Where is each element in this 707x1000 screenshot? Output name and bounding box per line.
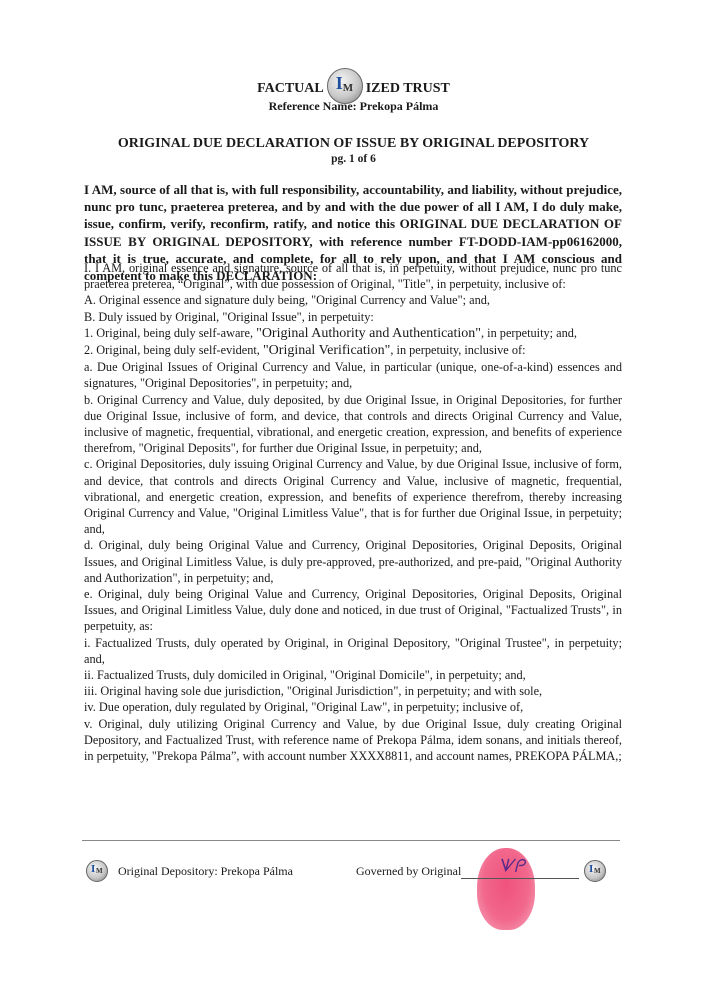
item-a: A. Original essence and signature duly b… [84,292,622,308]
trust-name: FACTUAL IZED TRUST [0,68,707,98]
sub-item-a: a. Due Original Issues of Original Curre… [84,359,622,391]
item-2-prefix: 2. Original, being duly self-evident, [84,343,263,357]
document-title: ORIGINAL DUE DECLARATION OF ISSUE BY ORI… [0,136,707,152]
item-1-emph: "Original Authority and Authentication" [256,326,481,341]
trust-name-left: FACTUAL [257,80,324,98]
sub-item-c: c. Original Depositories, duly issuing O… [84,456,622,537]
item-b: B. Duly issued by Original, "Original Is… [84,309,622,325]
item-2-emph: "Original Verification" [263,343,390,358]
footer-right [584,860,606,886]
section-i: I. I AM, original essence and signature,… [84,260,622,292]
roman-item-iv: iv. Due operation, duly regulated by Ori… [84,699,622,715]
item-1-suffix: , in perpetuity; and, [481,326,577,340]
document-footer: Original Depository: Prekopa Pálma Gover… [86,860,606,884]
governed-label: Governed by Original [356,864,461,879]
iam-seal-icon [327,68,363,104]
roman-item-i: i. Factualized Trusts, duly operated by … [84,635,622,667]
declaration-body: I. I AM, original essence and signature,… [84,260,622,764]
footer-signature: Governed by Original [356,864,579,879]
sub-item-d: d. Original, duly being Original Value a… [84,537,622,586]
footer-left: Original Depository: Prekopa Pálma [86,860,293,882]
roman-item-iii: iii. Original having sole due jurisdicti… [84,683,622,699]
depository-label: Original Depository: Prekopa Pálma [118,864,293,879]
document-header: FACTUAL IZED TRUST Reference Name: Preko… [0,68,707,114]
roman-item-v: v. Original, duly utilizing Original Cur… [84,716,622,765]
iam-seal-icon [584,860,606,882]
trust-name-right: IZED TRUST [366,80,450,98]
page-indicator: pg. 1 of 6 [0,153,707,165]
item-1: 1. Original, being duly self-aware, "Ori… [84,325,622,342]
roman-item-ii: ii. Factualized Trusts, duly domiciled i… [84,667,622,683]
iam-seal-icon [86,860,108,882]
item-1-prefix: 1. Original, being duly self-aware, [84,326,256,340]
item-2: 2. Original, being duly self-evident, "O… [84,342,622,359]
sub-item-b: b. Original Currency and Value, duly dep… [84,392,622,457]
sub-item-e: e. Original, duly being Original Value a… [84,586,622,635]
item-2-suffix: , in perpetuity, inclusive of: [390,343,525,357]
footer-divider [82,840,620,841]
signature-mark: ᗐᑭ [497,856,525,877]
